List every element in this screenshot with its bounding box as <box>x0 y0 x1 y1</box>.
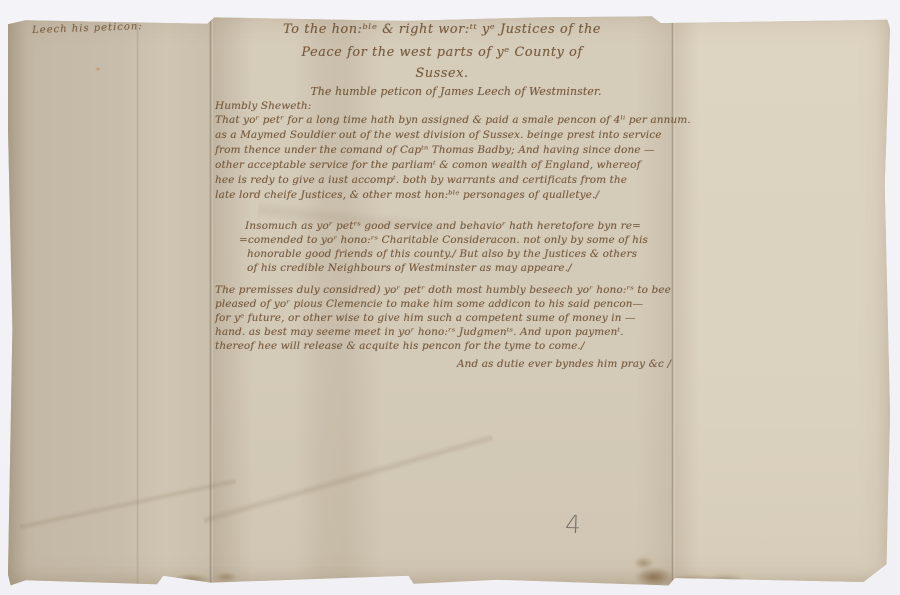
body-line: as a Maymed Souldier out of the west div… <box>215 129 662 141</box>
heading-line: To the hon:ᵇˡᵉ & right wor:ᵗᵗ yᵉ Justice… <box>213 22 671 37</box>
folio-number: 4 <box>564 510 581 540</box>
paper-panel-right <box>673 14 890 586</box>
body-line: =comended to yoʳ hono:ʳˢ Charitable Cons… <box>239 234 648 246</box>
body-line: That yoʳ petʳ for a long time hath byn a… <box>215 114 691 126</box>
body-line: of his credible Neighbours of Westminste… <box>247 262 572 274</box>
body-line: pleased of yoʳ pious Clemencie to make h… <box>215 298 643 310</box>
body-line: The premisses duly considred) yoʳ petʳ d… <box>215 284 671 296</box>
body-line: hee is redy to give a iust accompᵗ. both… <box>215 174 627 186</box>
body-line: late lord cheife Justices, & other most … <box>215 189 599 201</box>
fold-crease-inner <box>136 14 139 586</box>
body-line: from thence under the comand of Capᵗⁿ Th… <box>215 144 655 156</box>
body-line: hand. as best may seeme meet in yoʳ hono… <box>215 326 624 338</box>
body-line: for yᵉ future, or other wise to give him… <box>215 312 636 324</box>
heading-line: Sussex. <box>213 66 671 81</box>
photo-background: Leech his peticon: To the hon:ᵇˡᵉ & righ… <box>0 0 900 595</box>
body-line: honorable good friends of this county./ … <box>247 248 637 260</box>
closing-line: And as dutie ever byndes him pray &c / <box>213 358 675 370</box>
salutation: Humbly Sheweth: <box>215 100 311 112</box>
body-line: thereof hee will release & acquite his p… <box>215 340 585 352</box>
body-line: Insomuch as yoʳ petʳˢ good service and b… <box>245 220 641 232</box>
paper-panel-left <box>8 14 211 586</box>
body-line: other acceptable service for the parliam… <box>215 159 641 171</box>
petition-subtitle: The humble peticon of James Leech of Wes… <box>213 85 685 98</box>
manuscript-page: Leech his peticon: To the hon:ᵇˡᵉ & righ… <box>8 14 890 586</box>
heading-line: Peace for the west parts of yᵉ County of <box>213 45 671 60</box>
